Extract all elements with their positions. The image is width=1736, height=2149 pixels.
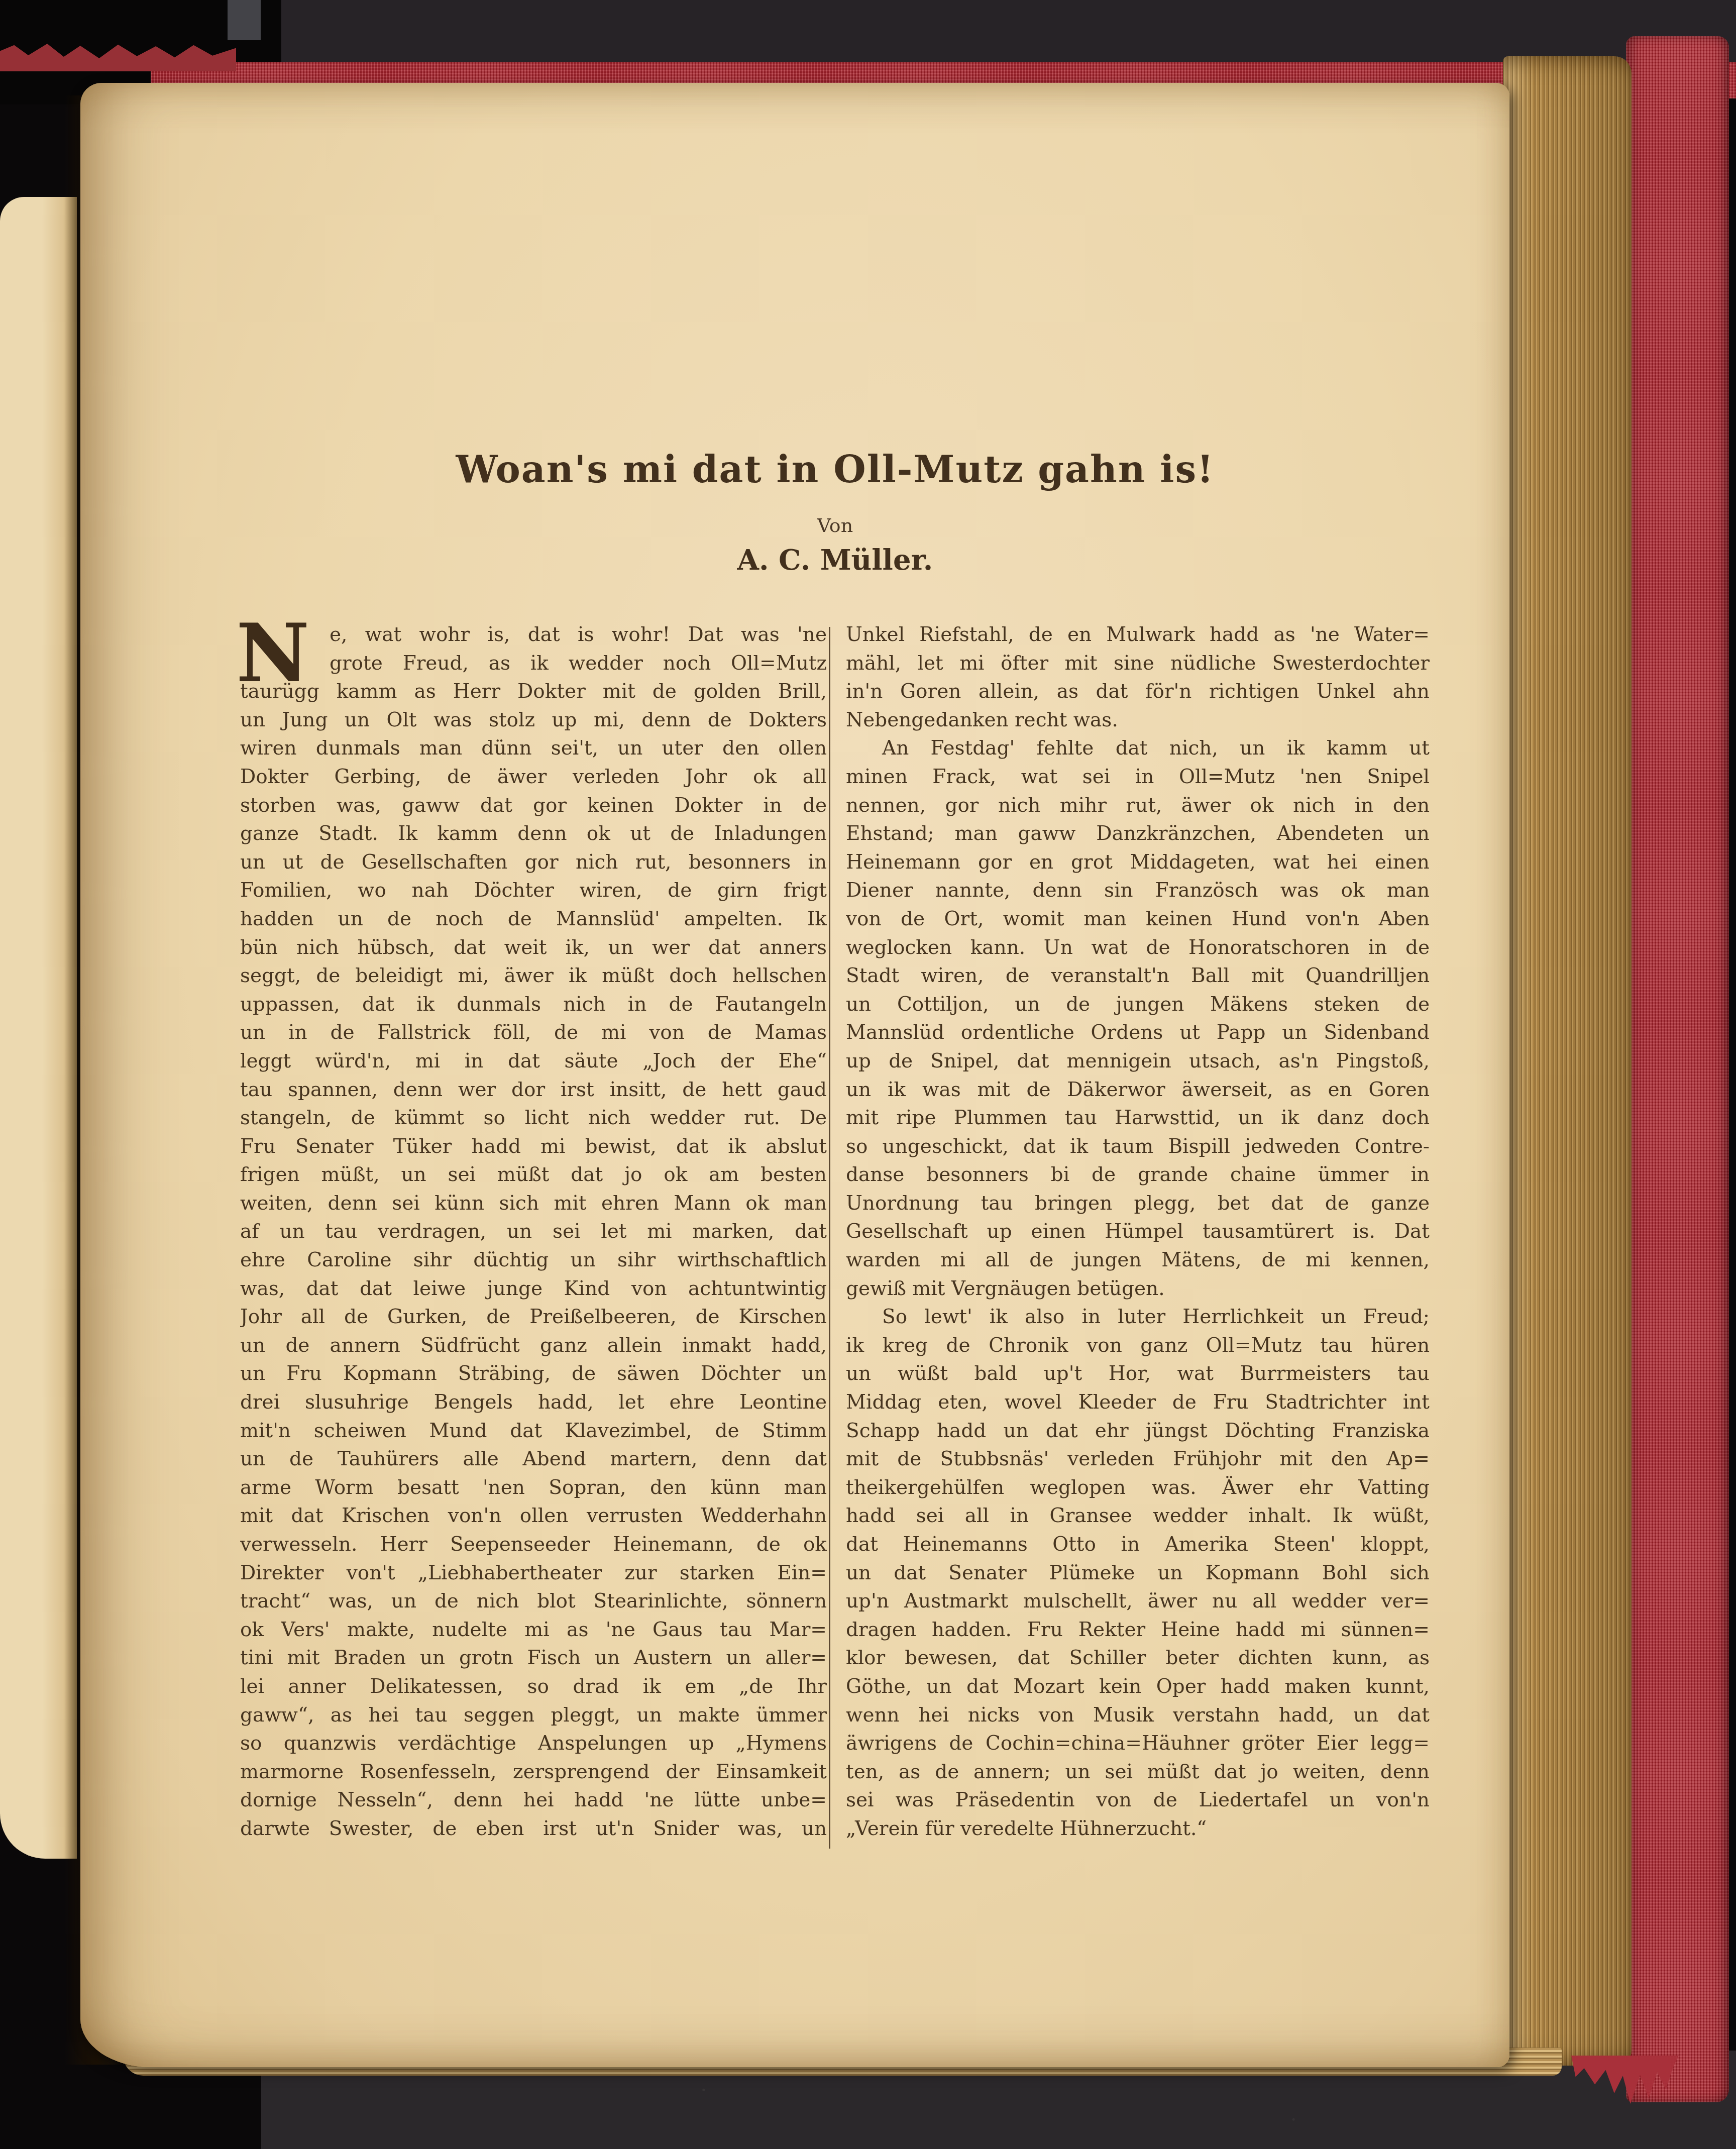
text-line: so quanzwis verdächtige Anspelungen up „… xyxy=(240,1730,827,1758)
text-line: danse besonners bi de grande chaine ümme… xyxy=(846,1161,1430,1190)
text-line: uppassen, dat ik dunmals nich in de Faut… xyxy=(240,991,827,1019)
text-line: mit ripe Plummen tau Harwsttid, un ik da… xyxy=(846,1104,1430,1133)
text-line: mit de Stubbsnäs' verleden Frühjohr mit … xyxy=(846,1445,1430,1474)
text-line: Fru Senater Tüker hadd mi bewist, dat ik… xyxy=(240,1133,827,1161)
text-line: So lewt' ik also in luter Herrlichkeit u… xyxy=(846,1303,1430,1332)
text-line: Nebengedanken recht was. xyxy=(846,706,1430,735)
text-line: Diener nannte, denn sin Französch was ok… xyxy=(846,877,1430,905)
text-line: so ungeschickt, dat ik taum Bispill jedw… xyxy=(846,1133,1430,1161)
text-line: un de Tauhürers alle Abend martern, denn… xyxy=(240,1445,827,1474)
text-line: nennen, gor nich mihr rut, äwer ok nich … xyxy=(846,792,1430,820)
text-line: ehre Caroline sihr düchtig un sihr wirth… xyxy=(240,1246,827,1275)
text-line: von de Ort, womit man keinen Hund von'n … xyxy=(846,905,1430,934)
text-line: tracht“ was, un de nich blot Stearinlich… xyxy=(240,1587,827,1616)
text-line: Dokter Gerbing, de äwer verleden Johr ok… xyxy=(240,763,827,792)
text-line: in'n Goren allein, as dat för'n richtige… xyxy=(846,678,1430,706)
author-name: A. C. Müller. xyxy=(241,544,1429,577)
page-stack-fore-edge xyxy=(1503,56,1632,2066)
text-line: af un tau verdragen, un sei let mi marke… xyxy=(240,1218,827,1246)
text-line: An Festdag' fehlte dat nich, un ik kamm … xyxy=(846,734,1430,763)
byline-label: Von xyxy=(241,514,1429,536)
page-title: Woan's mi dat in Oll-Mutz gahn is! xyxy=(241,448,1429,491)
text-line: mähl, let mi öfter mit sine nüdliche Swe… xyxy=(846,650,1430,678)
text-line: Ehstand; man gaww Danzkränzchen, Abendet… xyxy=(846,820,1430,848)
text-line: äwrigens de Cochin=china=Häuhner gröter … xyxy=(846,1730,1430,1758)
text-line: hadd sei all in Gransee wedder inhalt. I… xyxy=(846,1502,1430,1531)
text-line: Middag eten, wovel Kleeder de Fru Stadtr… xyxy=(846,1388,1430,1417)
text-line: ten, as de annern; un sei müßt dat jo we… xyxy=(846,1758,1430,1787)
text-line: ik kreg de Chronik von ganz Oll=Mutz tau… xyxy=(846,1332,1430,1360)
text-line: verwesseln. Herr Seepenseeder Heinemann,… xyxy=(240,1531,827,1559)
scanned-book-photo: { "page": { "title": "Woan's mi dat in O… xyxy=(0,0,1736,2149)
text-line: e, wat wohr is, dat is wohr! Dat was 'ne xyxy=(240,621,827,650)
text-line: dornige Nesseln“, denn hei hadd 'ne lütt… xyxy=(240,1786,827,1815)
text-line: theikergehülfen weglopen was. Äwer ehr V… xyxy=(846,1474,1430,1502)
text-line: taurügg kamm as Herr Dokter mit de golde… xyxy=(240,678,827,706)
text-line: Schapp hadd un dat ehr jüngst Döchting F… xyxy=(846,1417,1430,1446)
text-line: gewiß mit Vergnäugen betügen. xyxy=(846,1275,1430,1304)
text-line: was, dat dat leiwe junge Kind von achtun… xyxy=(240,1275,827,1304)
text-line: ok Vers' makte, nudelte mi as 'ne Gaus t… xyxy=(240,1616,827,1645)
text-line: Stadt wiren, de veranstalt'n Ball mit Qu… xyxy=(846,962,1430,991)
text-line: frigen müßt, un sei müßt dat jo ok am be… xyxy=(240,1161,827,1190)
text-line: marmorne Rosenfesseln, zersprengend der … xyxy=(240,1758,827,1787)
column-divider-rule xyxy=(829,627,830,1849)
text-line: un dat Senater Plümeke un Kopmann Bohl s… xyxy=(846,1559,1430,1588)
text-line: up'n Austmarkt mulschellt, äwer nu all w… xyxy=(846,1587,1430,1616)
text-line: gaww“, as hei tau seggen pleggt, un makt… xyxy=(240,1701,827,1730)
text-line: minen Frack, wat sei in Oll=Mutz 'nen Sn… xyxy=(846,763,1430,792)
text-line: un de annern Südfrücht ganz allein inmak… xyxy=(240,1332,827,1360)
text-line: stangeln, de kümmt so licht nich wedder … xyxy=(240,1104,827,1133)
text-line: seggt, de beleidigt mi, äwer ik müßt doc… xyxy=(240,962,827,991)
text-line: lei anner Delikatessen, so drad ik em „d… xyxy=(240,1673,827,1701)
text-line: ganze Stadt. Ik kamm denn ok ut de Inlad… xyxy=(240,820,827,848)
text-line: un in de Fallstrick föll, de mi von de M… xyxy=(240,1019,827,1047)
text-column-left: e, wat wohr is, dat is wohr! Dat was 'ne… xyxy=(240,621,827,1844)
text-line: weglocken kann. Un wat de Honoratschoren… xyxy=(846,934,1430,962)
text-line: sei was Präsedentin von de Liedertafel u… xyxy=(846,1786,1430,1815)
text-line: un Cottiljon, un de jungen Mäkens steken… xyxy=(846,991,1430,1019)
text-line: Heinemann gor en grot Middageten, wat he… xyxy=(846,848,1430,877)
backdrop-grey-slab xyxy=(228,0,261,40)
text-line: grote Freud, as ik wedder noch Oll=Mutz xyxy=(240,650,827,678)
text-line: warden mi all de jungen Mätens, de mi ke… xyxy=(846,1246,1430,1275)
text-line: dat Heinemanns Otto in Amerika Steen' kl… xyxy=(846,1531,1430,1559)
text-line: darwte Swester, de eben irst ut'n Snider… xyxy=(240,1815,827,1844)
text-line: Unkel Riefstahl, de en Mulwark hadd as '… xyxy=(846,621,1430,650)
text-line: un Jung un Olt was stolz up mi, denn de … xyxy=(240,706,827,735)
text-line: storben was, gaww dat gor keinen Dokter … xyxy=(240,792,827,820)
text-line: Direkter von't „Liebhabertheater zur sta… xyxy=(240,1559,827,1588)
book-cover-right-board xyxy=(1626,36,1729,2102)
text-line: arme Worm besatt 'nen Sopran, den künn m… xyxy=(240,1474,827,1502)
text-line: up de Snipel, dat mennigein utsach, as'n… xyxy=(846,1047,1430,1076)
text-line: un wüßt bald up't Hor, wat Burrmeisters … xyxy=(846,1360,1430,1388)
text-line: Mannslüd ordentliche Ordens ut Papp un S… xyxy=(846,1019,1430,1047)
text-line: Johr all de Gurken, de Preißelbeeren, de… xyxy=(240,1303,827,1332)
text-line: un ik was mit de Däkerwor äwerseit, as e… xyxy=(846,1076,1430,1105)
text-line: dragen hadden. Fru Rekter Heine hadd mi … xyxy=(846,1616,1430,1645)
text-column-right: Unkel Riefstahl, de en Mulwark hadd as '… xyxy=(846,621,1430,1844)
text-line: drei slusuhrige Bengels hadd, let ehre L… xyxy=(240,1388,827,1417)
text-line: wenn hei nicks von Musik verstahn hadd, … xyxy=(846,1701,1430,1730)
text-line: Unordnung tau bringen plegg, bet dat de … xyxy=(846,1190,1430,1218)
text-line: un Fru Kopmann Sträbing, de säwen Döchte… xyxy=(240,1360,827,1388)
text-line: Fomilien, wo nah Döchter wiren, de girn … xyxy=(240,877,827,905)
text-line: weiten, denn sei künn sich mit ehren Man… xyxy=(240,1190,827,1218)
text-line: bün nich hübsch, dat weit ik, un wer dat… xyxy=(240,934,827,962)
text-line: un ut de Gesellschaften gor nich rut, be… xyxy=(240,848,827,877)
text-line: leggt würd'n, mi in dat säute „Joch der … xyxy=(240,1047,827,1076)
text-line: Gesellschaft up einen Hümpel tausamtürer… xyxy=(846,1218,1430,1246)
text-line: mit dat Krischen von'n ollen verrusten W… xyxy=(240,1502,827,1531)
text-line: „Verein für veredelte Hühnerzucht.“ xyxy=(846,1815,1430,1844)
text-line: hadden un de noch de Mannslüd' ampelten.… xyxy=(240,905,827,934)
text-line: wiren dunmals man dünn sei't, un uter de… xyxy=(240,734,827,763)
text-line: Göthe, un dat Mozart kein Oper hadd make… xyxy=(846,1673,1430,1701)
text-line: mit'n scheiwen Mund dat Klavezimbel, de … xyxy=(240,1417,827,1446)
text-line: tini mit Braden un grotn Fisch un Auster… xyxy=(240,1644,827,1673)
text-line: tau spannen, denn wer dor irst insitt, d… xyxy=(240,1076,827,1105)
text-line: klor bewesen, dat Schiller beter dichten… xyxy=(846,1644,1430,1673)
